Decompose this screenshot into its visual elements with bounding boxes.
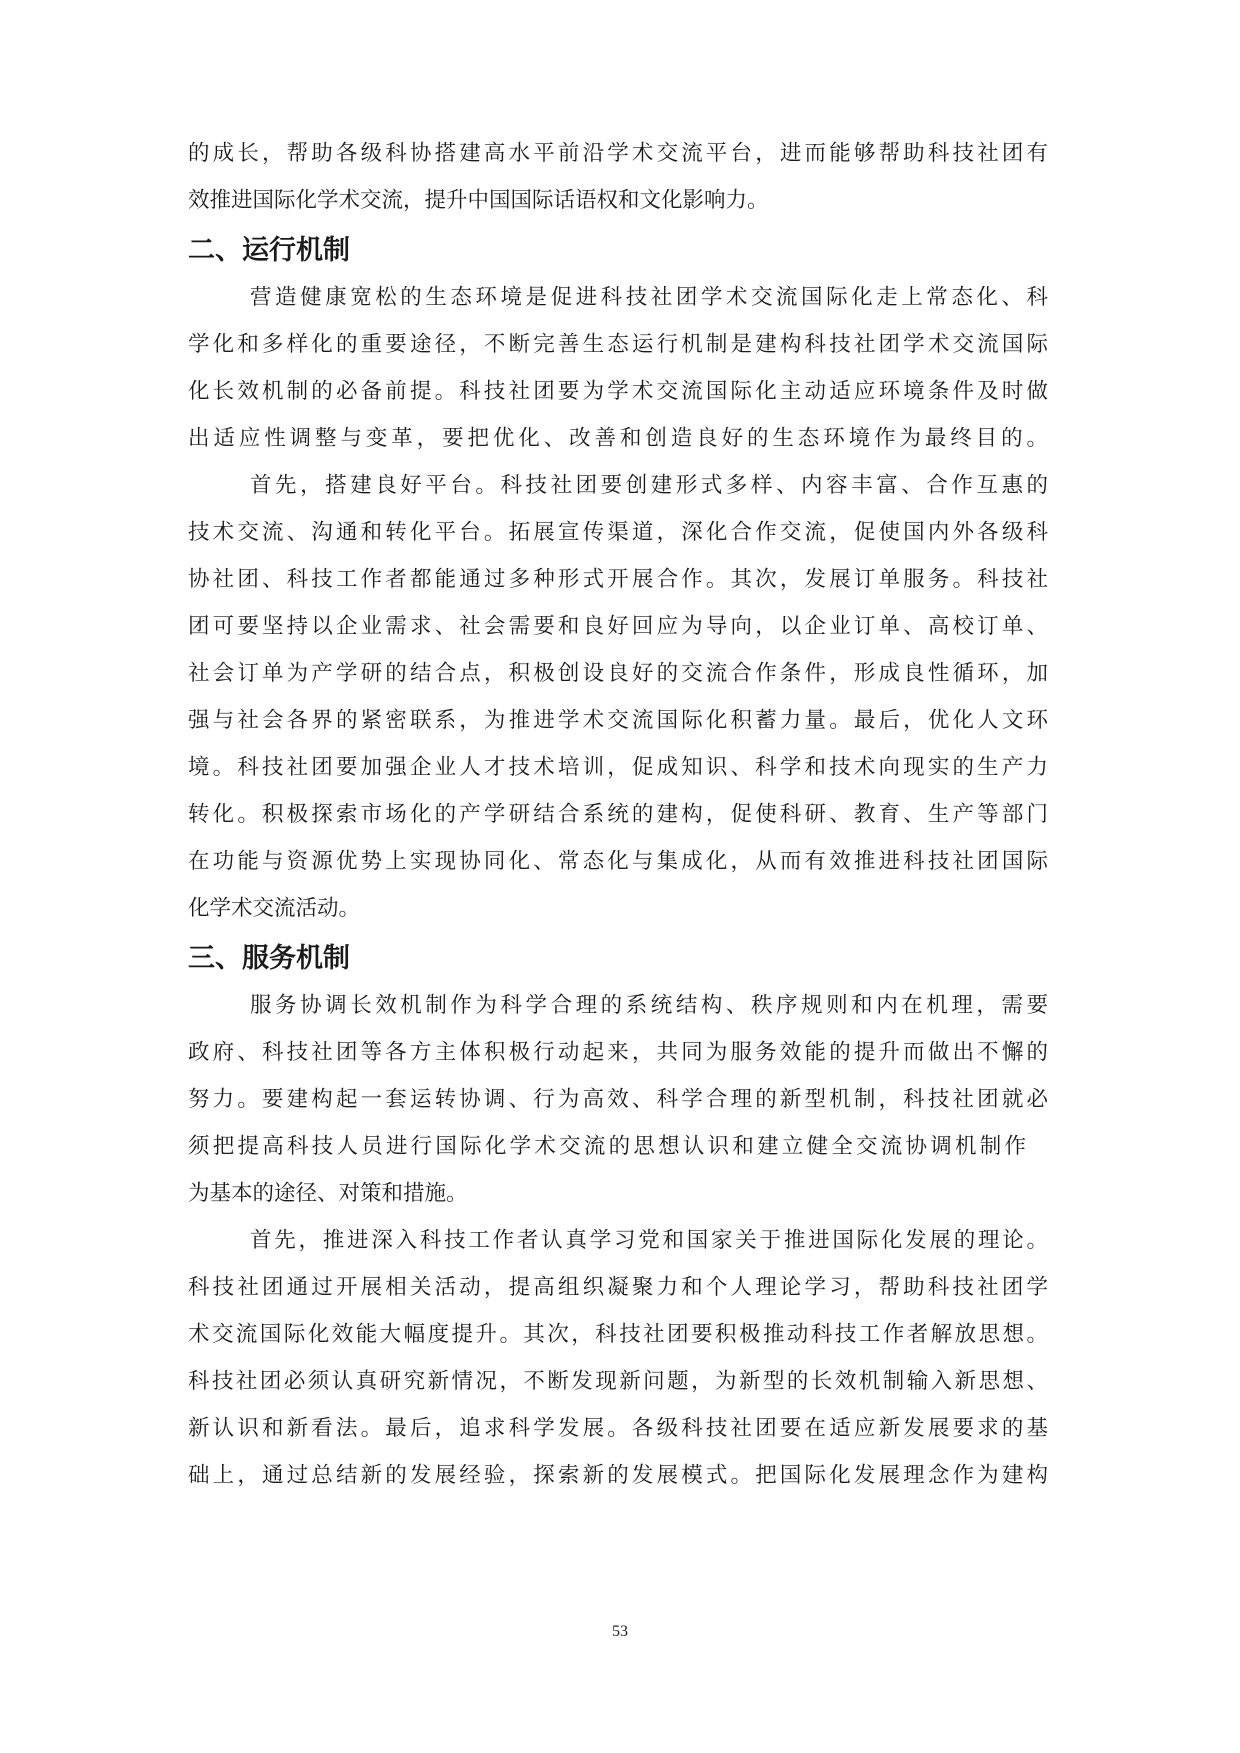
text-line: 社会订单为产学研的结合点，积极创设良好的交流合作条件，形成良性循环，加 [188, 659, 1048, 689]
text-line: 营造健康宽松的生态环境是促进科技社团学术交流国际化走上常态化、科 [250, 283, 1048, 313]
text-line: 学化和多样化的重要途径，不断完善生态运行机制是建构科技社团学术交流国际 [188, 330, 1048, 360]
text-line: 转化。积极探索市场化的产学研结合系统的建构，促使科研、教育、生产等部门 [188, 800, 1048, 830]
text-line: 政府、科技社团等各方主体积极行动起来，共同为服务效能的提升而做出不懈的 [188, 1038, 1048, 1068]
text-line: 础上，通过总结新的发展经验，探索新的发展模式。把国际化发展理念作为建构 [188, 1461, 1048, 1491]
text-line: 境。科技社团要加强企业人才技术培训，促成知识、科学和技术向现实的生产力 [188, 753, 1048, 783]
page-number: 53 [0, 1622, 1240, 1642]
section-heading-operation-mechanism: 二、运行机制 [188, 233, 350, 269]
text-line: 须把提高科技人员进行国际化学术交流的思想认识和建立健全交流协调机制作 [188, 1132, 1026, 1162]
text-line: 科技社团通过开展相关活动，提高组织凝聚力和个人理论学习，帮助科技社团学 [188, 1273, 1048, 1303]
text-line: 化长效机制的必备前提。科技社团要为学术交流国际化主动适应环境条件及时做 [188, 377, 1048, 407]
text-line: 出适应性调整与变革，要把优化、改善和创造良好的生态环境作为最终目的。 [188, 424, 1048, 454]
text-line: 在功能与资源优势上实现协同化、常态化与集成化，从而有效推进科技社团国际 [188, 847, 1048, 877]
text-line: 科技社团必须认真研究新情况，不断发现新问题，为新型的长效机制输入新思想、 [188, 1367, 1048, 1397]
document-page: 的成长，帮助各级科协搭建高水平前沿学术交流平台，进而能够帮助科技社团有 效推进国… [0, 0, 1240, 1753]
text-line: 的成长，帮助各级科协搭建高水平前沿学术交流平台，进而能够帮助科技社团有 [188, 139, 1048, 169]
text-line: 服务协调长效机制作为科学合理的系统结构、秩序规则和内在机理，需要 [250, 991, 1048, 1021]
text-line: 首先，推进深入科技工作者认真学习党和国家关于推进国际化发展的理论。 [250, 1226, 1048, 1256]
text-line: 协社团、科技工作者都能通过多种形式开展合作。其次，发展订单服务。科技社 [188, 565, 1048, 595]
text-line: 术交流国际化效能大幅度提升。其次，科技社团要积极推动科技工作者解放思想。 [188, 1320, 1048, 1350]
text-line: 为基本的途径、对策和措施。 [188, 1179, 1048, 1209]
text-line: 新认识和新看法。最后，追求科学发展。各级科技社团要在适应新发展要求的基 [188, 1414, 1048, 1444]
text-line: 首先，搭建良好平台。科技社团要创建形式多样、内容丰富、合作互惠的 [250, 471, 1048, 501]
text-line: 强与社会各界的紧密联系，为推进学术交流国际化积蓄力量。最后，优化人文环 [188, 706, 1048, 736]
text-line: 团可要坚持以企业需求、社会需要和良好回应为导向，以企业订单、高校订单、 [188, 612, 1048, 642]
text-line: 效推进国际化学术交流，提升中国国际话语权和文化影响力。 [188, 186, 1048, 216]
section-heading-service-mechanism: 三、服务机制 [188, 941, 350, 977]
text-line: 化学术交流活动。 [188, 894, 1048, 924]
text-line: 技术交流、沟通和转化平台。拓展宣传渠道，深化合作交流，促使国内外各级科 [188, 518, 1048, 548]
text-line: 努力。要建构起一套运转协调、行为高效、科学合理的新型机制，科技社团就必 [188, 1085, 1048, 1115]
